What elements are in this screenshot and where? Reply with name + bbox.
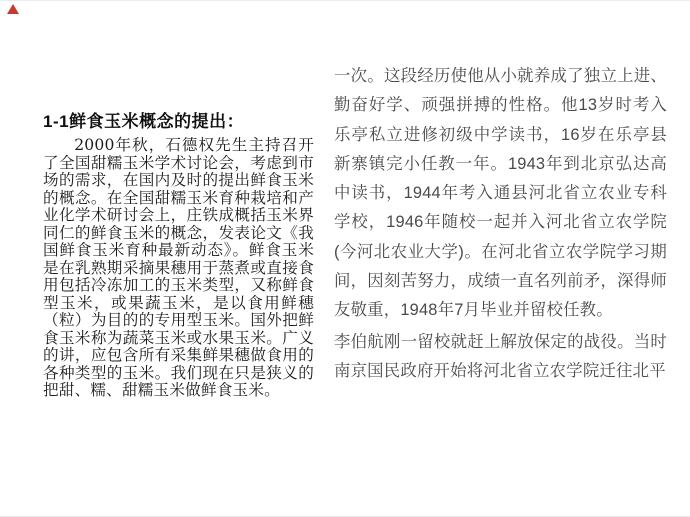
right-column-paragraph-1: 一次。这段经历使他从小就养成了独立上进、勤奋好学、顽强拼搏的性格。他13岁时考入… bbox=[334, 62, 667, 326]
left-text-column: 1-1鲜食玉米概念的提出： 2000年秋，石德权先生主持召开了全国甜糯玉米学术讨… bbox=[43, 111, 314, 400]
right-column-paragraph-2: 李伯航刚一留校就赶上解放保定的战役。当时南京国民政府开始将河北省立农学院迁往北平 bbox=[334, 328, 667, 387]
document-page: 1-1鲜食玉米概念的提出： 2000年秋，石德权先生主持召开了全国甜糯玉米学术讨… bbox=[0, 0, 690, 517]
red-triangle-marker-icon bbox=[7, 4, 19, 14]
left-column-paragraph: 2000年秋，石德权先生主持召开了全国甜糯玉米学术讨论会，考虑到市场的需求，在国… bbox=[43, 137, 314, 400]
right-text-column: 一次。这段经历使他从小就养成了独立上进、勤奋好学、顽强拼搏的性格。他13岁时考入… bbox=[334, 62, 667, 386]
section-heading: 1-1鲜食玉米概念的提出： bbox=[43, 111, 314, 133]
